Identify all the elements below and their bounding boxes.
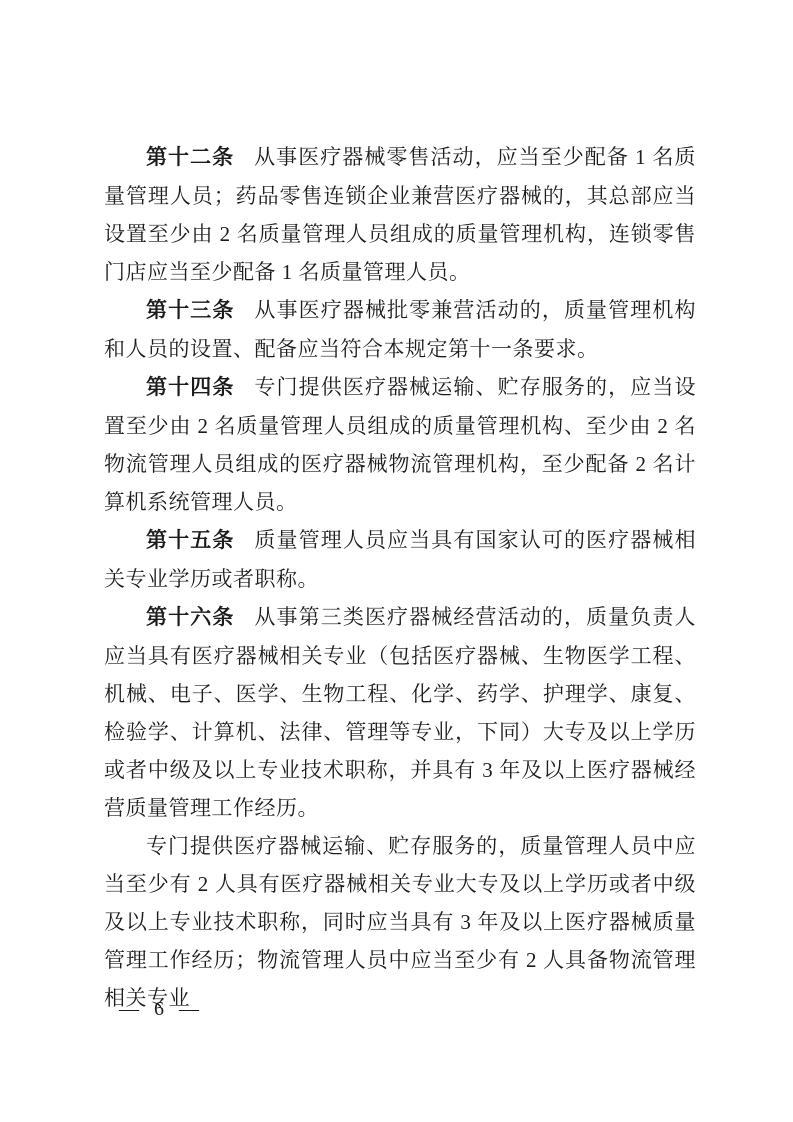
- article-number: 第十三条: [146, 299, 234, 322]
- article-paragraph: 第十六条从事第三类医疗器械经营活动的，质量负责人应当具有医疗器械相关专业（包括医…: [104, 598, 696, 827]
- article-paragraph: 第十四条专门提供医疗器械运输、贮存服务的，应当设置至少由 2 名质量管理人员组成…: [104, 368, 696, 521]
- document-body: 第十二条从事医疗器械零售活动，应当至少配备 1 名质量管理人员；药品零售连锁企业…: [104, 138, 696, 1017]
- article-number: 第十二条: [146, 146, 234, 169]
- article-number: 第十六条: [146, 606, 234, 629]
- continuation-paragraph: 专门提供医疗器械运输、贮存服务的，质量管理人员中应当至少有 2 人具有医疗器械相…: [104, 827, 696, 1017]
- article-text: 从事第三类医疗器械经营活动的，质量负责人应当具有医疗器械相关专业（包括医疗器械、…: [104, 605, 696, 820]
- document-page: 第十二条从事医疗器械零售活动，应当至少配备 1 名质量管理人员；药品零售连锁企业…: [0, 0, 793, 1122]
- page-number: — 6 —: [119, 998, 204, 1021]
- article-number: 第十四条: [146, 376, 234, 399]
- article-text: 专门提供医疗器械运输、贮存服务的，质量管理人员中应当至少有 2 人具有医疗器械相…: [104, 834, 696, 1010]
- article-paragraph: 第十五条质量管理人员应当具有国家认可的医疗器械相关专业学历或者职称。: [104, 521, 696, 598]
- article-paragraph: 第十三条从事医疗器械批零兼营活动的，质量管理机构和人员的设置、配备应当符合本规定…: [104, 291, 696, 368]
- article-paragraph: 第十二条从事医疗器械零售活动，应当至少配备 1 名质量管理人员；药品零售连锁企业…: [104, 138, 696, 291]
- article-number: 第十五条: [146, 529, 234, 552]
